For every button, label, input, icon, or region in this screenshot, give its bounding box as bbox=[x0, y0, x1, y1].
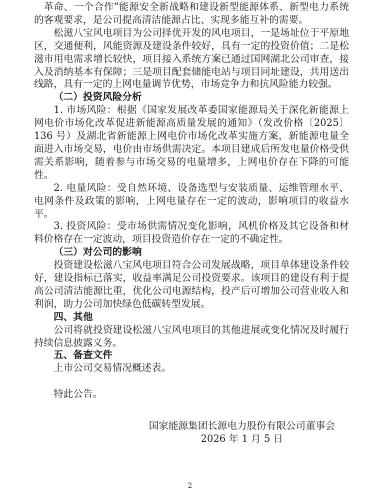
paragraph-market-risk: 1. 市场风险：根据《国家发展改革委国家能源局关于深化新能源上网电价市场化改革促… bbox=[34, 105, 349, 182]
heading-other: 四、其他 bbox=[34, 312, 349, 325]
page-number: 2 bbox=[0, 482, 380, 490]
paragraph-volume-risk: 2. 电量风险：受自然环境、设备选型与安装质量、运维管理水平、电网条件及政策的影… bbox=[34, 183, 349, 222]
heading-reference-documents: 五、备查文件 bbox=[34, 350, 349, 363]
document-body: 革命、一个合作”能源安全新战略和建设新型能源体系、新型电力系统的客观要求，是公司… bbox=[34, 2, 349, 447]
document-page: 革命、一个合作”能源安全新战略和建设新型能源体系、新型电力系统的客观要求，是公司… bbox=[0, 0, 380, 494]
paragraph-continuation: 革命、一个合作”能源安全新战略和建设新型能源体系、新型电力系统的客观要求，是公司… bbox=[34, 2, 349, 28]
paragraph-disclosure: 公司将就投资建设松滋八宝风电项目的其他进展或变化情况及时履行持续信息披露义务。 bbox=[34, 325, 349, 351]
signature-inner: 国家能源集团长源电力股份有限公司董事会 2026 年 1 月 5 日 bbox=[149, 421, 335, 447]
paragraph-company-impact: 投资建设松滋八宝风电项目符合公司发展战略，项目单体建设条件较好，建设指标已落实，… bbox=[34, 260, 349, 312]
heading-investment-risk: （二）投资风险分析 bbox=[34, 92, 349, 105]
heading-company-impact: （三）对公司的影响 bbox=[34, 247, 349, 260]
paragraph-announcement-closing: 特此公告。 bbox=[34, 389, 349, 402]
signature-date: 2026 年 1 月 5 日 bbox=[149, 434, 335, 447]
paragraph-investment-risk: 3. 投资风险：受市场供需情况变化影响，风机价格及其它设备和材料价格存在一定波动… bbox=[34, 221, 349, 247]
signature-block: 国家能源集团长源电力股份有限公司董事会 2026 年 1 月 5 日 bbox=[34, 421, 349, 447]
signature-company: 国家能源集团长源电力股份有限公司董事会 bbox=[149, 421, 335, 434]
paragraph-project-advantages: 松滋八宝风电项目为公司择优开发的风电项目，一是场址位于平原地区，交通便利，风能资… bbox=[34, 28, 349, 93]
paragraph-reference-table: 上市公司交易情况概述表。 bbox=[34, 363, 349, 376]
